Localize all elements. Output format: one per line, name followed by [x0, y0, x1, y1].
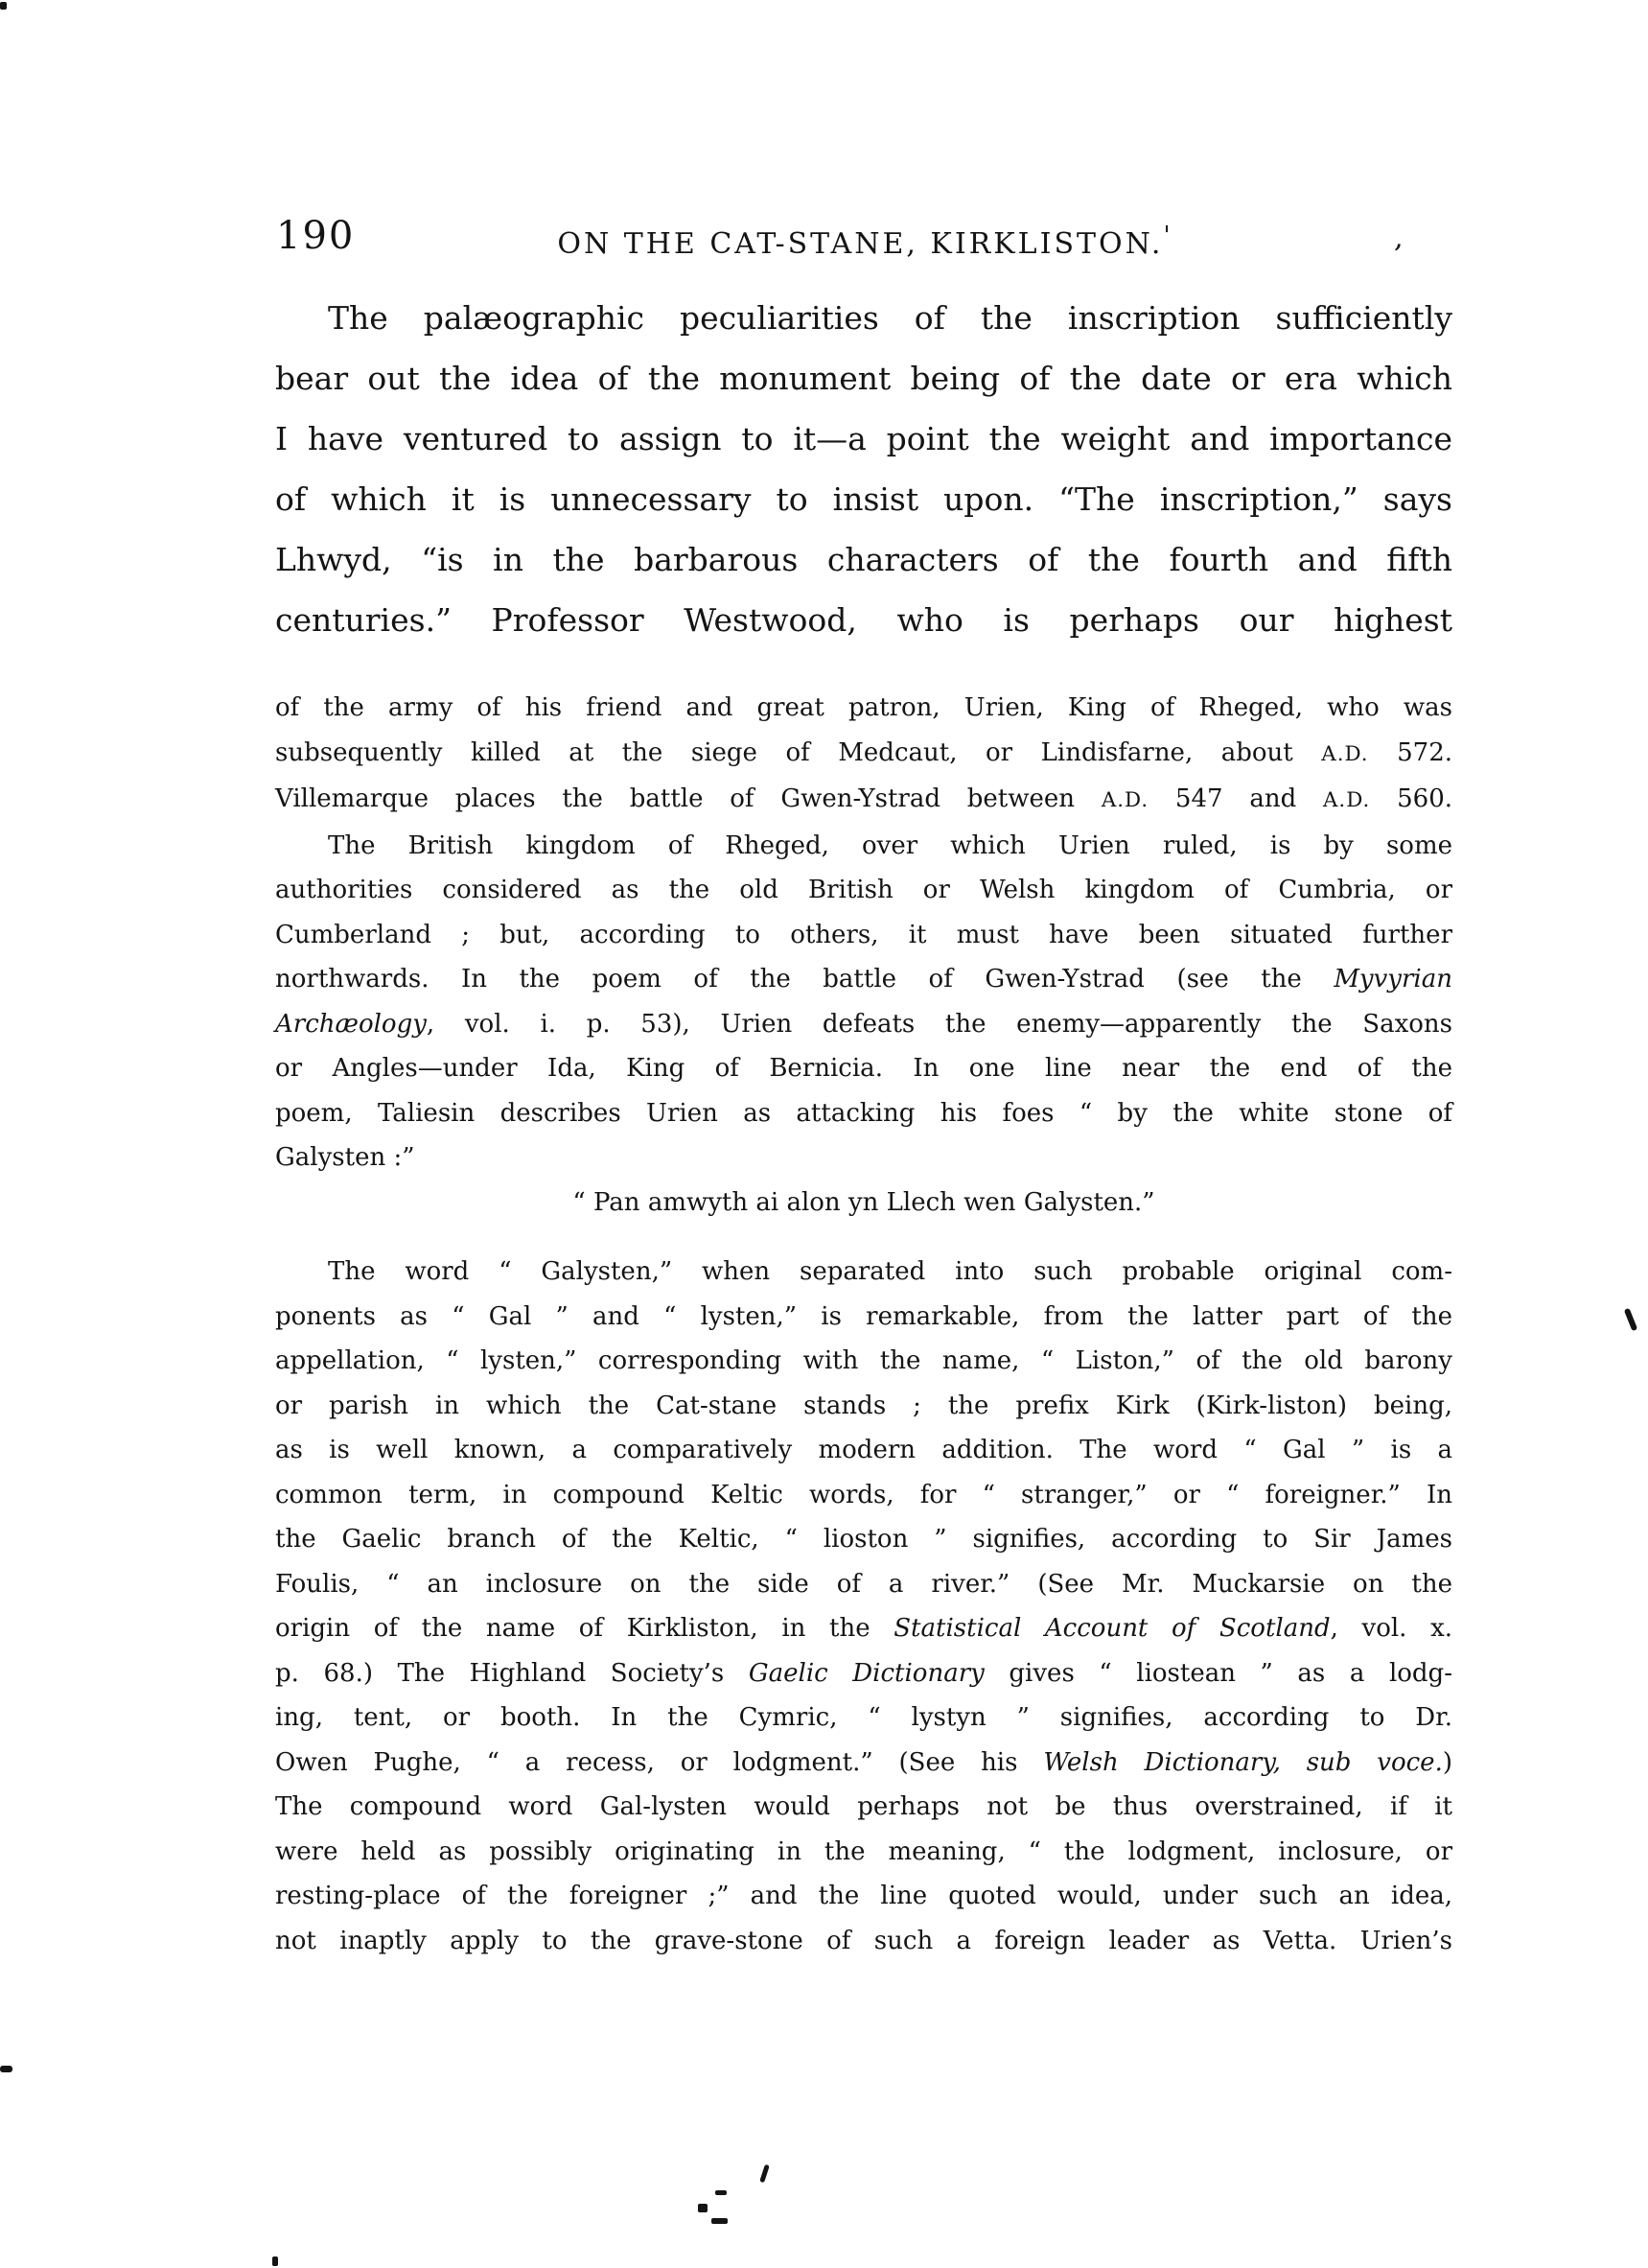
text-line: origin of the name of Kirkliston, in the…	[275, 1606, 1452, 1651]
text-line: of which it is unnecessary to insist upo…	[275, 469, 1452, 529]
text-line: not inaptly apply to the grave-stone of …	[275, 1919, 1452, 1964]
header-footnote-mark: '	[1163, 222, 1170, 250]
text-line: “ Pan amwyth ai alon yn Llech wen Galyst…	[275, 1181, 1452, 1226]
text-line: p. 68.) The Highland Society’s Gaelic Di…	[275, 1651, 1452, 1696]
text-line: bear out the idea of the monument being …	[275, 348, 1452, 409]
ink-backslash-mark	[1624, 1308, 1638, 1332]
text-line: or Angles—under Ida, King of Bernicia. I…	[275, 1046, 1452, 1091]
text-line: common term, in compound Keltic words, f…	[275, 1473, 1452, 1518]
main-paragraph: The palæographic peculiarities of the in…	[275, 288, 1452, 650]
text-line: ponents as “ Gal ” and “ lysten,” is rem…	[275, 1295, 1452, 1340]
text-line: Owen Pughe, “ a recess, or lodgment.” (S…	[275, 1741, 1452, 1786]
ink-slash-mark	[759, 2164, 770, 2184]
text-line: the Gaelic branch of the Keltic, “ liost…	[275, 1517, 1452, 1562]
text-line: of the army of his friend and great patr…	[275, 686, 1452, 731]
footnote-paragraph: The British kingdom of Rheged, over whic…	[275, 824, 1452, 1181]
text-line: ing, tent, or booth. In the Cymric, “ ly…	[275, 1695, 1452, 1741]
text-line: Villemarque places the battle of Gwen-Ys…	[275, 777, 1452, 824]
ink-dash-small	[715, 2190, 727, 2195]
ink-dot-bottom	[272, 2256, 278, 2266]
ink-smudge-left-edge	[0, 2066, 12, 2072]
ink-dash	[711, 2218, 728, 2224]
footnote-paragraph: The word “ Galysten,” when separated int…	[275, 1250, 1452, 1963]
running-title-text: ON THE CAT-STANE, KIRKLISTON.	[557, 227, 1163, 261]
footnote-block: of the army of his friend and great patr…	[275, 686, 1452, 1963]
scanned-book-page: 190 ON THE CAT-STANE, KIRKLISTON.' The p…	[0, 0, 1648, 2268]
text-line: Foulis, “ an inclosure on the side of a …	[275, 1562, 1452, 1607]
text-line: The palæographic peculiarities of the in…	[275, 288, 1452, 348]
running-title: ON THE CAT-STANE, KIRKLISTON.'	[275, 217, 1452, 264]
text-line: Archæology, vol. i. p. 53), Urien defeat…	[275, 1002, 1452, 1047]
ink-speck-top-left	[0, 2, 7, 10]
text-line: northwards. In the poem of the battle of…	[275, 957, 1452, 1002]
text-line: subsequently killed at the siege of Medc…	[275, 731, 1452, 778]
ink-dot	[698, 2204, 708, 2212]
text-line: were held as possibly originating in the…	[275, 1830, 1452, 1875]
text-line: Lhwyd, “is in the barbarous characters o…	[275, 529, 1452, 590]
text-line: or parish in which the Cat-stane stands …	[275, 1384, 1452, 1429]
text-line: centuries.” Professor Westwood, who is p…	[275, 590, 1452, 650]
text-line: resting-place of the foreigner ;” and th…	[275, 1874, 1452, 1919]
text-line: I have ventured to assign to it—a point …	[275, 409, 1452, 469]
text-line: as is well known, a comparatively modern…	[275, 1428, 1452, 1473]
text-line: The word “ Galysten,” when separated int…	[275, 1250, 1452, 1295]
text-line: authorities considered as the old Britis…	[275, 868, 1452, 913]
text-line: Galysten :”	[275, 1135, 1452, 1181]
text-line: poem, Taliesin describes Urien as attack…	[275, 1091, 1452, 1136]
footnote-quote: “ Pan amwyth ai alon yn Llech wen Galyst…	[275, 1181, 1452, 1226]
text-line: Cumberland ; but, according to others, i…	[275, 913, 1452, 958]
text-line: appellation, “ lysten,” corresponding wi…	[275, 1339, 1452, 1384]
text-line: The British kingdom of Rheged, over whic…	[275, 824, 1452, 869]
footnote-paragraph: of the army of his friend and great patr…	[275, 686, 1452, 824]
text-line: The compound word Gal-lysten would perha…	[275, 1785, 1452, 1830]
